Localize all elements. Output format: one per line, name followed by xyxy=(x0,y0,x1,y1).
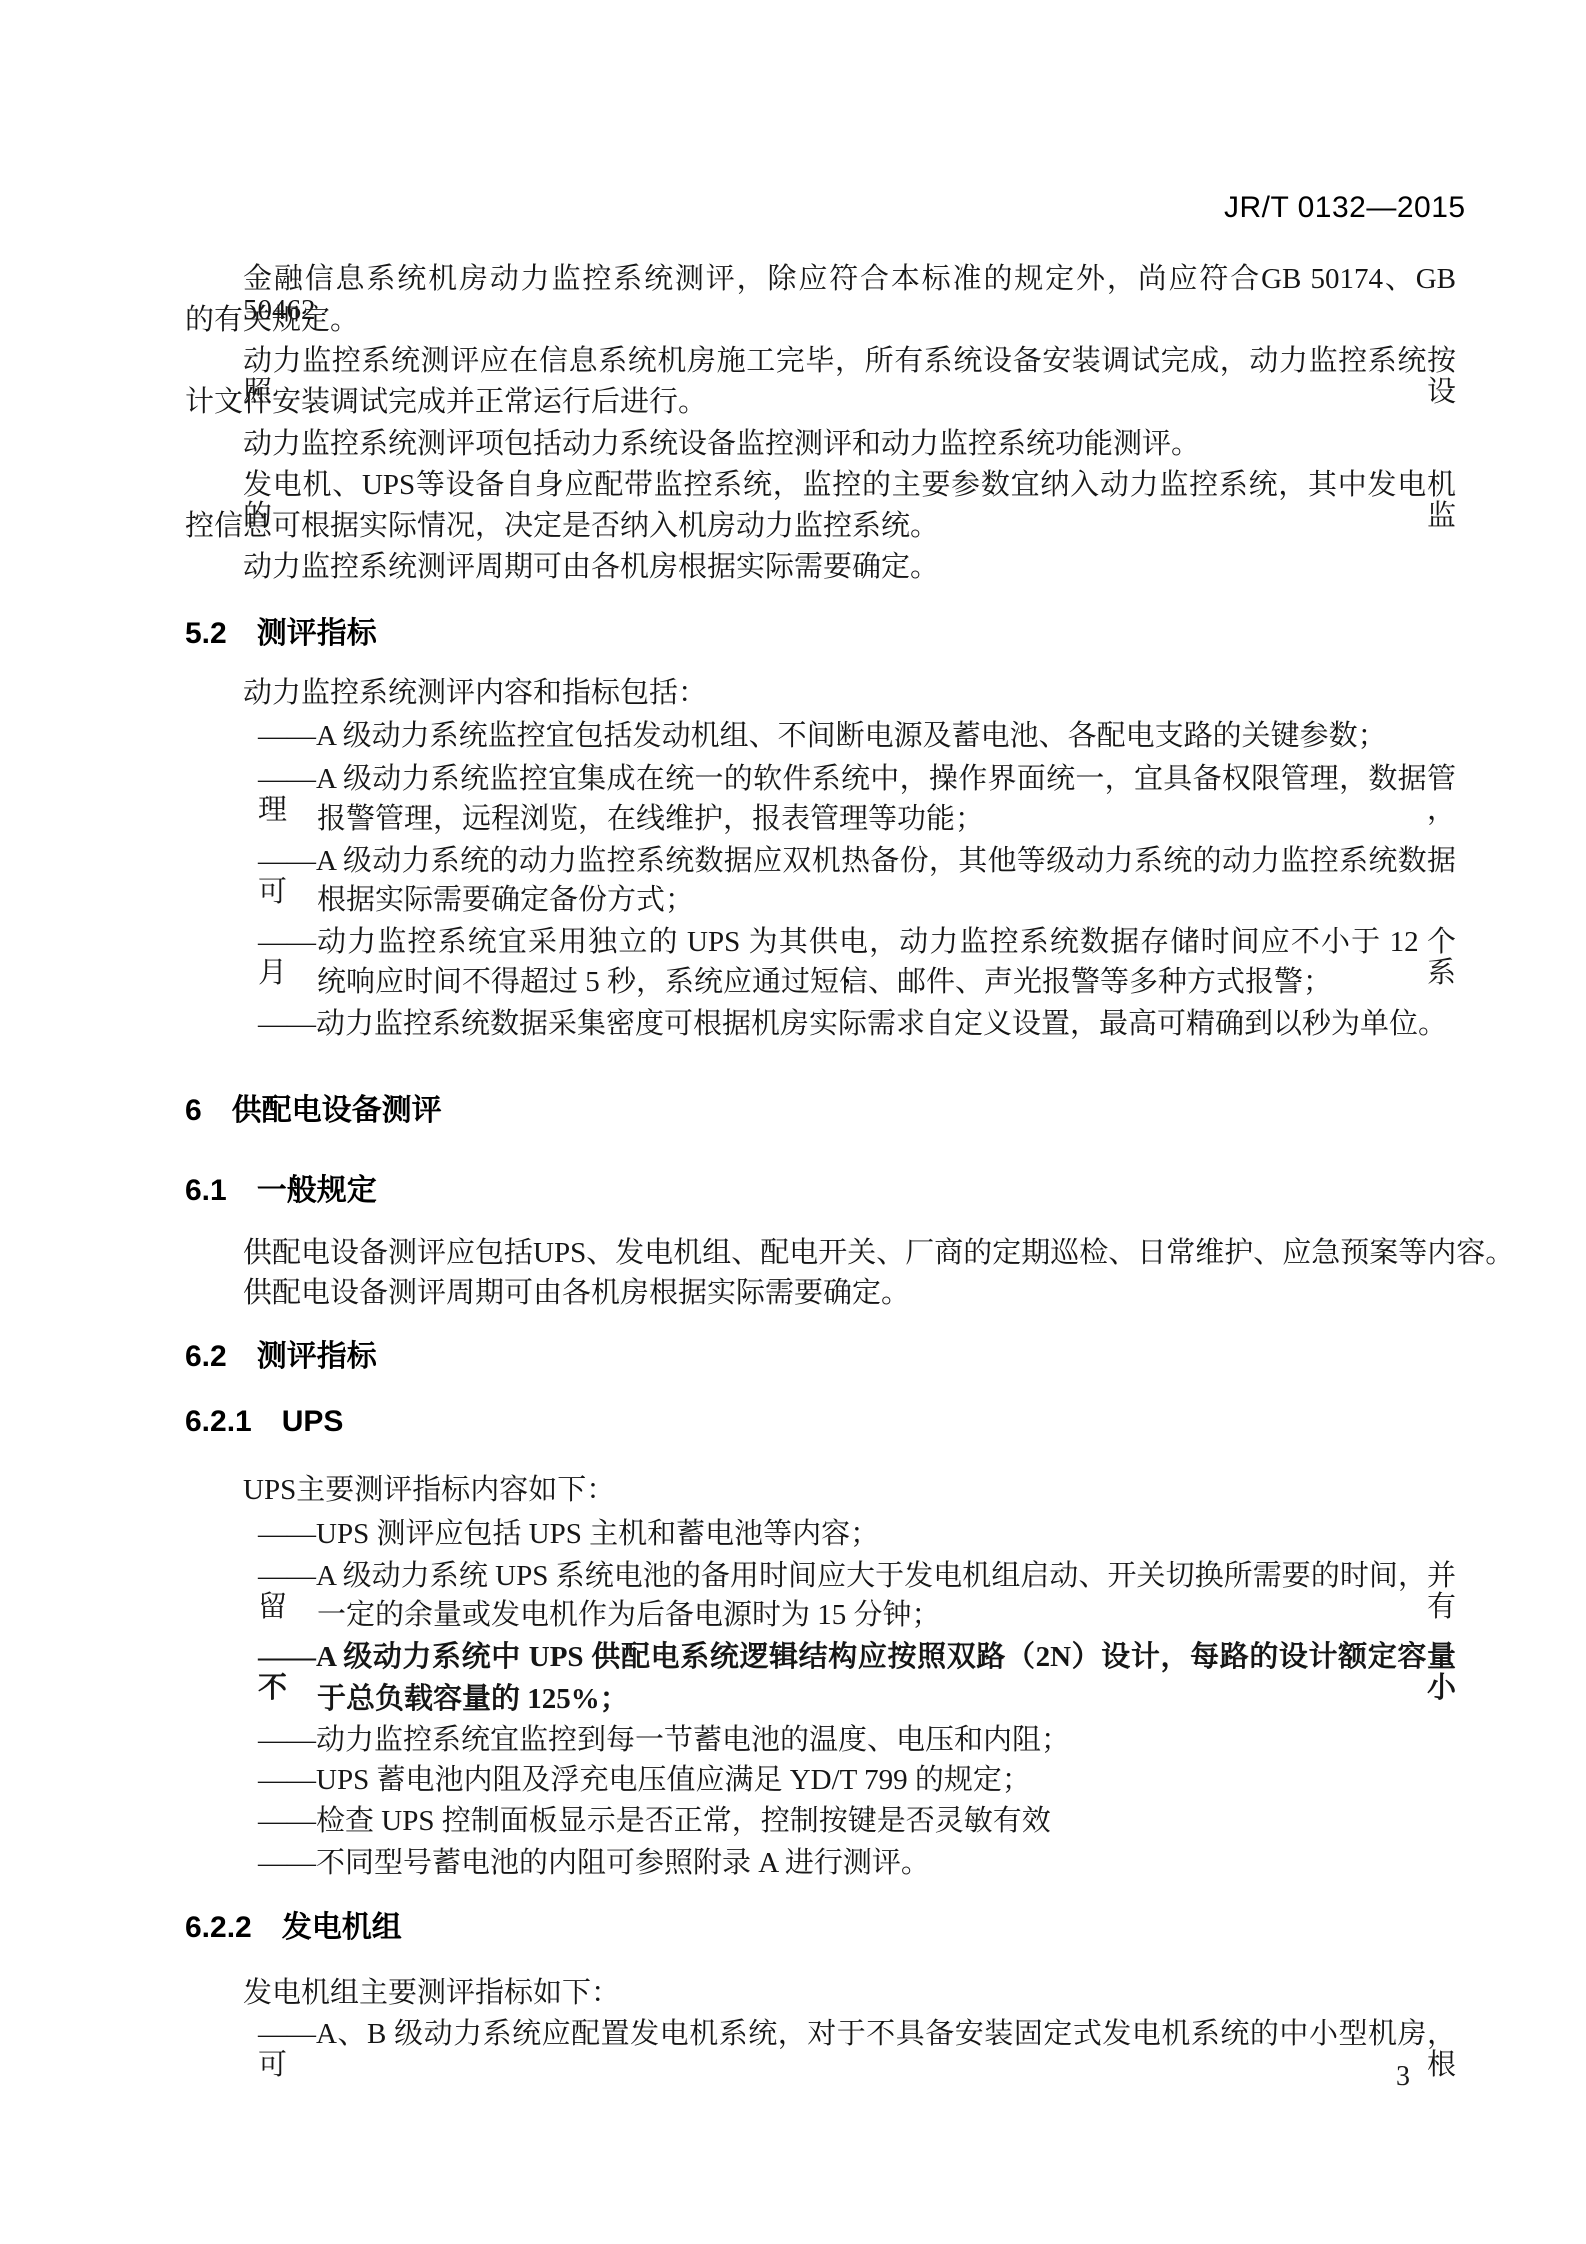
text-line: 动力监控系统测评周期可由各机房根据实际需要确定。 xyxy=(243,552,939,583)
text-line: ——A 级动力系统监控宜包括发动机组、不间断电源及蓄电池、各配电支路的关键参数； xyxy=(258,721,1387,752)
text-line: 根据实际需要确定备份方式； xyxy=(317,885,694,916)
document-page: JR/T 0132—2015 金融信息系统机房动力监控系统测评，除应符合本标准的… xyxy=(0,0,1586,2244)
section-heading: 6.2 测评指标 xyxy=(185,1341,377,1373)
doc-code-header: JR/T 0132—2015 xyxy=(1224,193,1466,223)
text-line: ——动力监控系统宜监控到每一节蓄电池的温度、电压和内阻； xyxy=(258,1725,1070,1756)
text-line: 控信息可根据实际情况，决定是否纳入机房动力监控系统。 xyxy=(185,511,939,542)
text-line: 一定的余量或发电机作为后备电源时为 15 分钟； xyxy=(317,1600,941,1631)
text-line: ——检查 UPS 控制面板显示是否正常，控制按键是否灵敏有效 xyxy=(258,1806,1051,1837)
text-line: ——不同型号蓄电池的内阻可参照附录 A 进行测评。 xyxy=(258,1848,930,1879)
text-line: 供配电设备测评周期可由各机房根据实际需要确定。 xyxy=(243,1278,910,1309)
text-line: 动力监控系统测评内容和指标包括： xyxy=(243,678,707,709)
text-line: UPS主要测评指标内容如下： xyxy=(243,1475,615,1506)
section-heading: 6.2.1 UPS xyxy=(185,1406,343,1438)
page-number: 3 xyxy=(1396,2062,1410,2092)
section-heading: 5.2 测评指标 xyxy=(185,618,377,650)
text-line: 发电机组主要测评指标如下： xyxy=(243,1978,620,2009)
text-line: ——UPS 蓄电池内阻及浮充电压值应满足 YD/T 799 的规定； xyxy=(258,1765,1031,1796)
text-line: 计文件安装调试完成并正常运行后进行。 xyxy=(185,387,707,418)
text-line: 统响应时间不得超过 5 秒，系统应通过短信、邮件、声光报警等多种方式报警； xyxy=(317,967,1332,998)
text-line: 的有关规定。 xyxy=(185,305,359,336)
section-heading: 6.1 一般规定 xyxy=(185,1175,377,1207)
section-heading: 6.2.2 发电机组 xyxy=(185,1912,402,1944)
text-line: 于总负载容量的 125%； xyxy=(317,1684,629,1715)
text-line: ——UPS 测评应包括 UPS 主机和蓄电池等内容； xyxy=(258,1519,879,1550)
text-line: 供配电设备测评应包括UPS、发电机组、配电开关、厂商的定期巡检、日常维护、应急预… xyxy=(243,1238,1514,1269)
text-line: 报警管理，远程浏览，在线维护，报表管理等功能； xyxy=(317,804,984,835)
text-line: ——A、B 级动力系统应配置发电机系统，对于不具备安装固定式发电机系统的中小型机… xyxy=(258,2019,1456,2081)
text-line: 动力监控系统测评项包括动力系统设备监控测评和动力监控系统功能测评。 xyxy=(243,429,1200,460)
section-heading: 6 供配电设备测评 xyxy=(185,1095,442,1127)
text-line: 金融信息系统机房动力监控系统测评，除应符合本标准的规定外，尚应符合GB 5017… xyxy=(243,264,1456,326)
text-line: ——动力监控系统数据采集密度可根据机房实际需求自定义设置，最高可精确到以秒为单位… xyxy=(258,1009,1447,1040)
